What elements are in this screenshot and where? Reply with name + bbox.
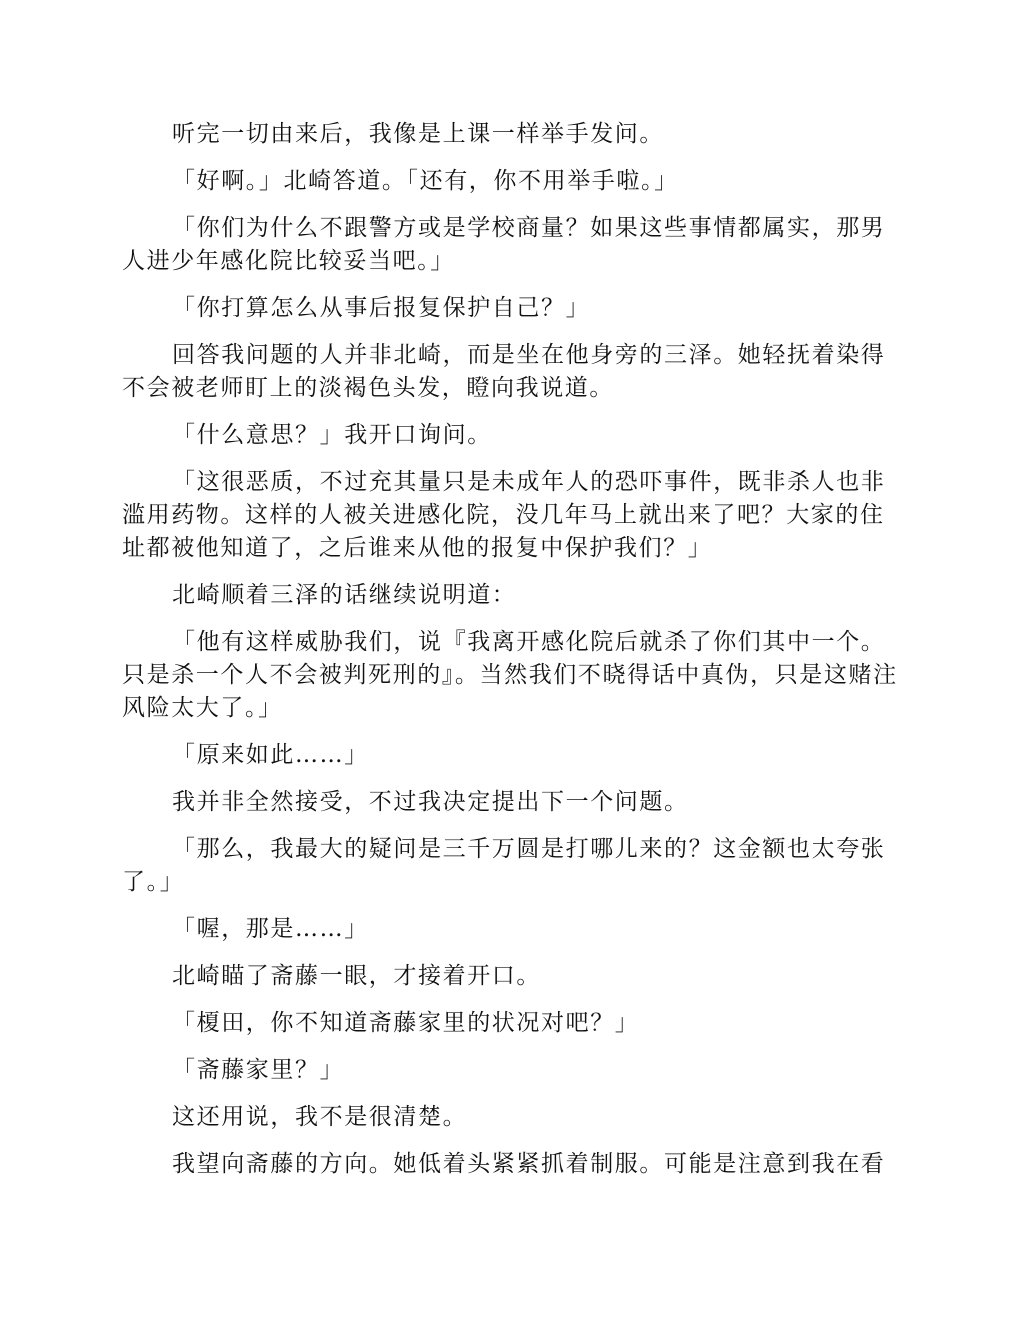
paragraph: 「榎田，你不知道斋藤家里的状况对吧？」 <box>122 1007 898 1040</box>
paragraph: 「那么，我最大的疑问是三千万圆是打哪儿来的？这金额也太夸张了。」 <box>122 833 898 899</box>
paragraph: 我望向斋藤的方向。她低着头紧紧抓着制服。可能是注意到我在看 <box>122 1148 898 1181</box>
paragraph: 「原来如此……」 <box>122 739 898 772</box>
paragraph: 北崎瞄了斋藤一眼，才接着开口。 <box>122 960 898 993</box>
paragraph: 这还用说，我不是很清楚。 <box>122 1101 898 1134</box>
paragraph: 「你打算怎么从事后报复保护自己？」 <box>122 292 898 325</box>
paragraph: 「好啊。」北崎答道。「还有，你不用举手啦。」 <box>122 165 898 198</box>
document-page: 听完一切由来后，我像是上课一样举手发问。 「好啊。」北崎答道。「还有，你不用举手… <box>122 118 898 1195</box>
paragraph: 「什么意思？」我开口询问。 <box>122 419 898 452</box>
paragraph: 听完一切由来后，我像是上课一样举手发问。 <box>122 118 898 151</box>
paragraph: 北崎顺着三泽的话继续说明道： <box>122 579 898 612</box>
paragraph: 回答我问题的人并非北崎，而是坐在他身旁的三泽。她轻抚着染得不会被老师盯上的淡褐色… <box>122 339 898 405</box>
paragraph: 「这很恶质，不过充其量只是未成年人的恐吓事件，既非杀人也非滥用药物。这样的人被关… <box>122 466 898 565</box>
paragraph: 我并非全然接受，不过我决定提出下一个问题。 <box>122 786 898 819</box>
paragraph: 「斋藤家里？」 <box>122 1054 898 1087</box>
paragraph: 「喔，那是……」 <box>122 913 898 946</box>
paragraph: 「他有这样威胁我们，说『我离开感化院后就杀了你们其中一个。只是杀一个人不会被判死… <box>122 626 898 725</box>
paragraph: 「你们为什么不跟警方或是学校商量？如果这些事情都属实，那男人进少年感化院比较妥当… <box>122 212 898 278</box>
